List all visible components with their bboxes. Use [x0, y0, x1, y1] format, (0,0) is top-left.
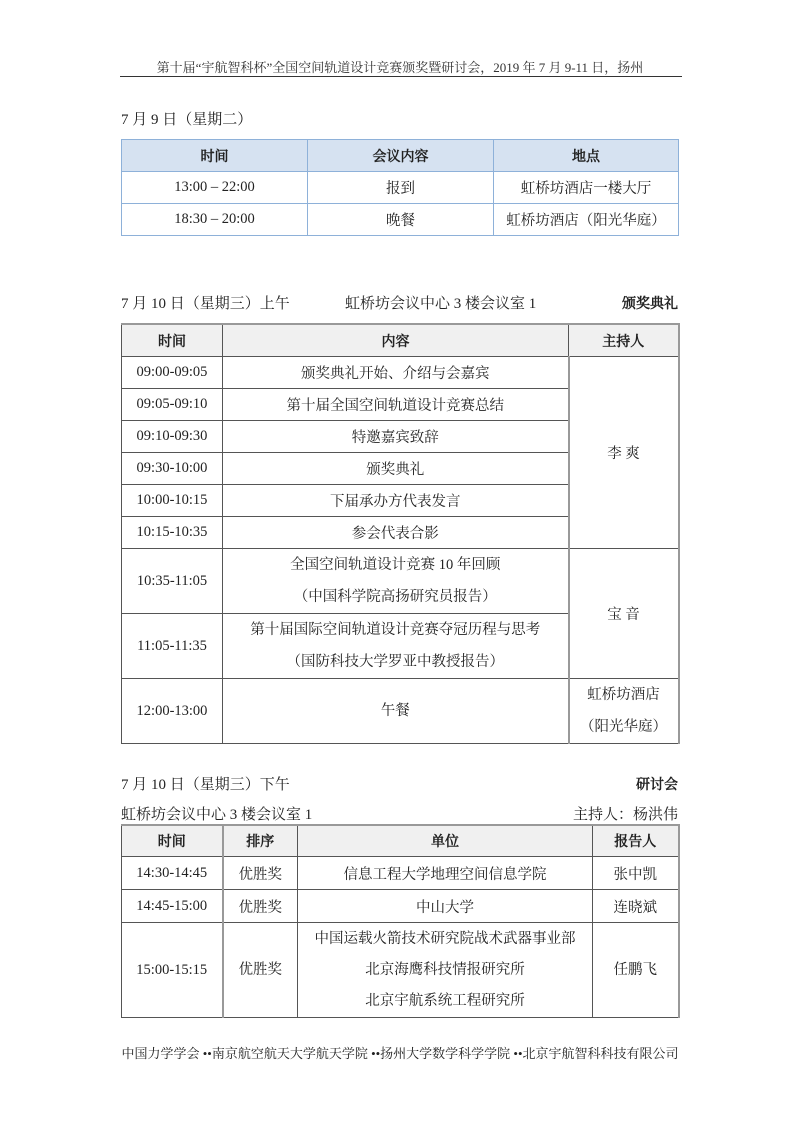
- cell-content: 参会代表合影: [223, 517, 569, 549]
- content-line: （国防科技大学罗亚中教授报告）: [223, 646, 568, 678]
- header-divider: [120, 76, 682, 77]
- day1-date-label: 7 月 9 日（星期二）: [121, 108, 252, 129]
- cell-time: 18:30 – 20:00: [122, 204, 308, 236]
- day2-afternoon-session-title: 研讨会: [636, 774, 678, 794]
- cell-time: 13:00 – 22:00: [122, 172, 308, 204]
- column-header-location: 地点: [494, 140, 679, 172]
- cell-rank: 优胜奖: [223, 890, 298, 923]
- content-line: 全国空间轨道设计竞赛 10 年回顾: [223, 549, 568, 581]
- cell-time: 09:00-09:05: [122, 357, 223, 389]
- cell-time: 09:10-09:30: [122, 421, 223, 453]
- table-row: 10:35-11:05 全国空间轨道设计竞赛 10 年回顾 （中国科学院高扬研究…: [122, 549, 679, 614]
- day2-morning-date-label: 7 月 10 日（星期三）上午: [121, 292, 290, 313]
- cell-content: 全国空间轨道设计竞赛 10 年回顾 （中国科学院高扬研究员报告）: [223, 549, 569, 614]
- page-header: 第十届“宇航智科杯”全国空间轨道设计竞赛颁奖暨研讨会，2019 年 7 月 9-…: [0, 57, 800, 76]
- location-line: 虹桥坊酒店: [570, 679, 678, 711]
- cell-content: 下届承办方代表发言: [223, 485, 569, 517]
- table-row: 15:00-15:15 优胜奖 中国运载火箭技术研究院战术武器事业部 北京海鹰科…: [122, 923, 679, 1018]
- table-row: 09:00-09:05 颁奖典礼开始、介绍与会嘉宾 李 爽: [122, 357, 679, 389]
- cell-time: 14:45-15:00: [122, 890, 223, 923]
- cell-host: 李 爽: [569, 357, 679, 549]
- cell-content: 报到: [308, 172, 494, 204]
- table-row: 13:00 – 22:00 报到 虹桥坊酒店一楼大厅: [122, 172, 679, 204]
- table-row: 14:30-14:45 优胜奖 信息工程大学地理空间信息学院 张中凯: [122, 857, 679, 890]
- table-row: 18:30 – 20:00 晚餐 虹桥坊酒店（阳光华庭）: [122, 204, 679, 236]
- day2-afternoon-date-label: 7 月 10 日（星期三）下午: [121, 773, 290, 794]
- cell-location: 虹桥坊酒店（阳光华庭）: [494, 204, 679, 236]
- symposium-table: 时间 排序 单位 报告人 14:30-14:45 优胜奖 信息工程大学地理空间信…: [121, 824, 680, 1018]
- column-header-time: 时间: [122, 825, 223, 857]
- org-line: 中国运载火箭技术研究院战术武器事业部: [298, 924, 592, 955]
- cell-time: 14:30-14:45: [122, 857, 223, 890]
- org-line: 北京海鹰科技情报研究所: [298, 955, 592, 986]
- cell-speaker: 任鹏飞: [593, 923, 679, 1018]
- column-header-rank: 排序: [223, 825, 298, 857]
- org-line: 北京宇航系统工程研究所: [298, 986, 592, 1017]
- column-header-host: 主持人: [569, 324, 679, 357]
- cell-time: 12:00-13:00: [122, 679, 223, 744]
- cell-rank: 优胜奖: [223, 857, 298, 890]
- table-row: 14:45-15:00 优胜奖 中山大学 连晓斌: [122, 890, 679, 923]
- page-footer: 中国力学学会 ••南京航空航天大学航天学院 ••扬州大学数学科学学院 ••北京宇…: [0, 1043, 800, 1062]
- table-header-row: 时间 会议内容 地点: [122, 140, 679, 172]
- day2-morning-venue: 虹桥坊会议中心 3 楼会议室 1: [345, 292, 536, 313]
- award-ceremony-table: 时间 内容 主持人 09:00-09:05 颁奖典礼开始、介绍与会嘉宾 李 爽 …: [121, 323, 680, 744]
- day2-afternoon-venue: 虹桥坊会议中心 3 楼会议室 1: [121, 803, 312, 824]
- column-header-time: 时间: [122, 324, 223, 357]
- day2-afternoon-host: 主持人：杨洪伟: [573, 803, 678, 824]
- column-header-content: 会议内容: [308, 140, 494, 172]
- day2-morning-session-title: 颁奖典礼: [622, 293, 678, 313]
- cell-time: 10:15-10:35: [122, 517, 223, 549]
- cell-time: 15:00-15:15: [122, 923, 223, 1018]
- content-line: 第十届国际空间轨道设计竞赛夺冠历程与思考: [223, 614, 568, 646]
- cell-content: 第十届全国空间轨道设计竞赛总结: [223, 389, 569, 421]
- cell-speaker: 连晓斌: [593, 890, 679, 923]
- column-header-content: 内容: [223, 324, 569, 357]
- cell-rank: 优胜奖: [223, 923, 298, 1018]
- table-header-row: 时间 内容 主持人: [122, 324, 679, 357]
- cell-content: 午餐: [223, 679, 569, 744]
- cell-org: 信息工程大学地理空间信息学院: [298, 857, 593, 890]
- cell-content: 第十届国际空间轨道设计竞赛夺冠历程与思考 （国防科技大学罗亚中教授报告）: [223, 614, 569, 679]
- cell-time: 11:05-11:35: [122, 614, 223, 679]
- cell-time: 10:35-11:05: [122, 549, 223, 614]
- cell-org: 中国运载火箭技术研究院战术武器事业部 北京海鹰科技情报研究所 北京宇航系统工程研…: [298, 923, 593, 1018]
- cell-content: 晚餐: [308, 204, 494, 236]
- cell-location: 虹桥坊酒店 （阳光华庭）: [569, 679, 679, 744]
- cell-location: 虹桥坊酒店一楼大厅: [494, 172, 679, 204]
- cell-content: 颁奖典礼开始、介绍与会嘉宾: [223, 357, 569, 389]
- cell-host: 宝 音: [569, 549, 679, 679]
- table-header-row: 时间 排序 单位 报告人: [122, 825, 679, 857]
- day1-schedule-table: 时间 会议内容 地点 13:00 – 22:00 报到 虹桥坊酒店一楼大厅 18…: [121, 139, 679, 236]
- cell-content: 颁奖典礼: [223, 453, 569, 485]
- location-line: （阳光华庭）: [570, 711, 678, 743]
- cell-speaker: 张中凯: [593, 857, 679, 890]
- cell-time: 09:30-10:00: [122, 453, 223, 485]
- table-row: 12:00-13:00 午餐 虹桥坊酒店 （阳光华庭）: [122, 679, 679, 744]
- cell-time: 09:05-09:10: [122, 389, 223, 421]
- column-header-time: 时间: [122, 140, 308, 172]
- column-header-speaker: 报告人: [593, 825, 679, 857]
- column-header-org: 单位: [298, 825, 593, 857]
- cell-time: 10:00-10:15: [122, 485, 223, 517]
- content-line: （中国科学院高扬研究员报告）: [223, 581, 568, 613]
- cell-content: 特邀嘉宾致辞: [223, 421, 569, 453]
- cell-org: 中山大学: [298, 890, 593, 923]
